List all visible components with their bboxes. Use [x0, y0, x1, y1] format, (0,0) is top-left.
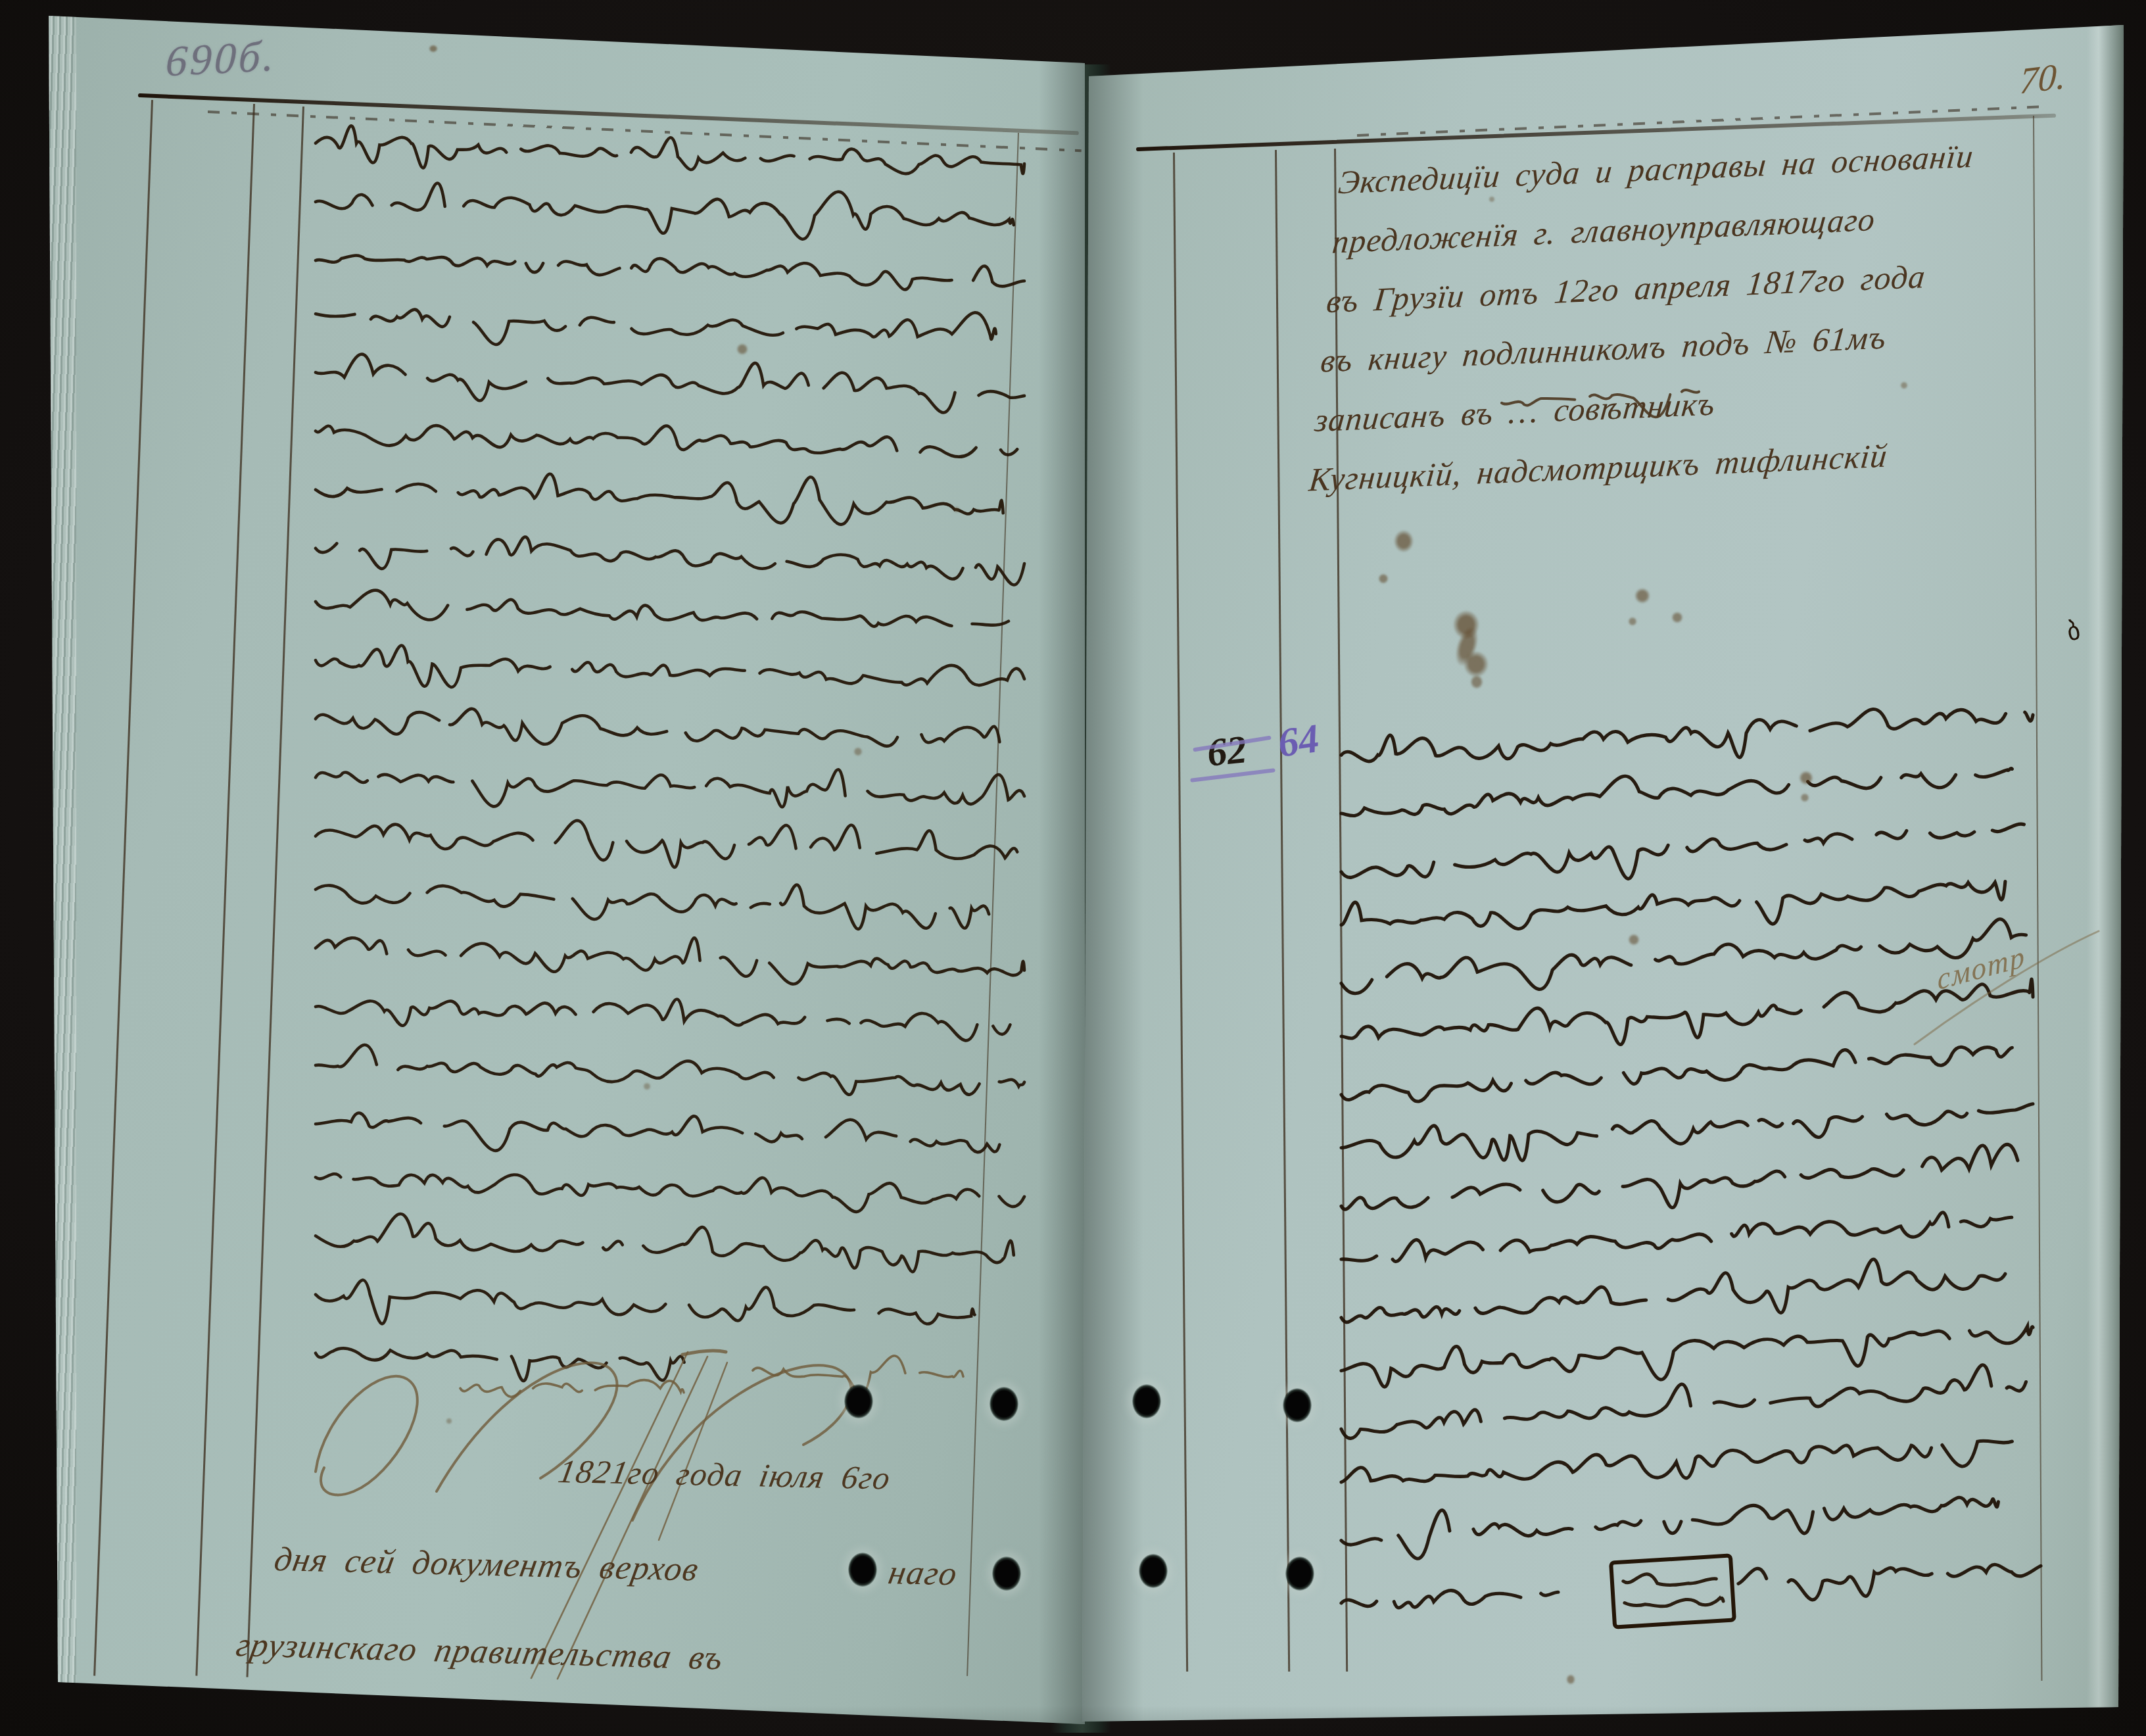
paper-stain — [1634, 588, 1650, 604]
handwriting-stroke — [316, 938, 1024, 984]
punch-hole — [992, 1556, 1021, 1591]
paper-stain — [1451, 624, 1483, 669]
handwriting-stroke — [316, 425, 1017, 456]
hand-drawn-box-note — [1609, 1553, 1736, 1629]
paper-stain — [1378, 573, 1389, 584]
paper-stain — [736, 343, 748, 355]
handwriting-stroke — [316, 1214, 1014, 1272]
folio-number-pencil: 690б. — [164, 31, 277, 87]
handwriting-stroke — [316, 769, 1024, 807]
paper-stain — [446, 1418, 452, 1424]
handwriting-stroke — [316, 1174, 1024, 1212]
page-stack-edge — [45, 7, 76, 1736]
handwriting-stroke — [531, 1352, 688, 1678]
handwriting-stroke — [316, 821, 1017, 867]
faint-margin-note: смотр — [1936, 938, 2027, 998]
handwriting-stroke — [1341, 824, 2024, 879]
russian-note-line-2b: наго — [886, 1553, 961, 1593]
box-monogram — [1613, 1558, 1732, 1626]
handwriting-stroke — [1341, 1591, 1558, 1608]
page-number: 70. — [2019, 55, 2067, 103]
handwriting-stroke — [632, 1365, 851, 1520]
punch-hole — [848, 1553, 877, 1587]
paper-stain — [643, 1082, 651, 1090]
handwriting-stroke — [316, 1045, 1024, 1095]
punch-hole — [1283, 1388, 1312, 1422]
handwriting-stroke — [1341, 769, 2012, 816]
handwriting-stroke — [1341, 1144, 2018, 1209]
handwriting-stroke — [1738, 1564, 2041, 1600]
punch-hole — [1139, 1554, 1168, 1588]
handwriting-stroke — [1341, 1365, 2026, 1439]
handwriting-stroke — [316, 591, 1009, 627]
right-margin-line — [966, 133, 1019, 1676]
margin-line — [195, 104, 255, 1676]
punch-hole — [1132, 1384, 1161, 1418]
handwriting-stroke — [316, 1376, 417, 1495]
paper-stain — [1464, 651, 1489, 677]
handwriting-stroke — [316, 646, 1024, 687]
handwriting-stroke — [460, 1380, 684, 1397]
gutter-shadow-right-page — [1081, 0, 1143, 1736]
handwriting-stroke — [1625, 1597, 1723, 1610]
handwriting-stroke — [1341, 979, 2033, 1044]
handwriting-stroke — [316, 256, 1024, 290]
handwriting-stroke — [316, 1280, 975, 1324]
paper-stain — [1394, 530, 1414, 552]
handwriting-stroke — [1341, 1104, 2033, 1161]
margin-line — [1173, 153, 1188, 1672]
handwriting-stroke — [682, 1351, 726, 1355]
paper-stain — [1800, 793, 1809, 802]
margin-line — [93, 100, 153, 1676]
paper-stain — [1799, 771, 1813, 785]
margin-line — [1275, 150, 1290, 1672]
handwriting-stroke — [1341, 1259, 2005, 1322]
handwriting-stroke — [316, 709, 999, 746]
handwriting-stroke — [316, 310, 996, 345]
punch-hole — [844, 1384, 873, 1418]
gutter-shadow-left-page — [1039, 7, 1085, 1736]
handwriting-stroke — [316, 354, 1024, 413]
handwriting-stroke — [1341, 1326, 2033, 1387]
paper-stain — [953, 506, 960, 513]
paper-stain — [1566, 1674, 1575, 1685]
handwriting-stroke — [558, 1357, 707, 1679]
handwriting-stroke — [1341, 709, 2033, 761]
handwriting-stroke — [1341, 1441, 2012, 1482]
paper-stain — [429, 45, 438, 53]
punch-hole — [990, 1387, 1018, 1421]
paper-stain — [1671, 612, 1683, 623]
handwriting-stroke — [659, 1362, 727, 1540]
handwriting-stroke — [316, 183, 1014, 239]
handwriting-stroke — [1623, 1570, 1716, 1588]
russian-note-line-2a: дня сей документъ верхов — [272, 1540, 702, 1589]
margin-number-crossed-out: 62 — [1205, 727, 1249, 776]
punch-hole — [1285, 1556, 1314, 1591]
handwriting-stroke — [1341, 1497, 1998, 1558]
paper-stain — [853, 747, 863, 756]
registration-note-block: Экспедицїи суда и расправы на основанїи … — [1306, 126, 1976, 510]
russian-note-line-3: грузинскаго правительства въ — [233, 1626, 727, 1677]
handwriting-stroke — [1341, 882, 2005, 929]
handwriting-stroke — [316, 537, 1024, 585]
book-scan: 690б. 1821го года іюля 6го дня сей докум… — [0, 0, 2146, 1736]
russian-note-line-1: 1821го года іюля 6го — [556, 1452, 894, 1497]
handwriting-stroke — [316, 999, 1010, 1040]
handwriting-stroke — [1341, 1213, 2012, 1262]
paper-stain — [1453, 610, 1479, 639]
left-page: 690б. 1821го года іюля 6го дня сей докум… — [39, 7, 1085, 1736]
margin-number-current: 64 — [1275, 715, 1322, 767]
handwriting-stroke — [316, 1348, 684, 1381]
margin-line — [247, 107, 304, 1677]
handwriting-stroke — [1341, 919, 2026, 994]
page-edge-curl — [2087, 0, 2126, 1736]
paper-stain — [1628, 934, 1640, 946]
handwriting-stroke — [316, 1113, 999, 1153]
right-margin-line — [2033, 116, 2042, 1681]
right-page: 70. Экспедицїи суда и расправы на основа… — [1081, 0, 2146, 1736]
paper-stain — [1470, 675, 1483, 689]
paper-stain — [1628, 617, 1637, 626]
superscript-mark: ბ — [2064, 616, 2082, 647]
handwriting-stroke — [1341, 1047, 2012, 1101]
handwriting-stroke — [316, 474, 1003, 525]
handwriting-stroke — [316, 885, 989, 929]
